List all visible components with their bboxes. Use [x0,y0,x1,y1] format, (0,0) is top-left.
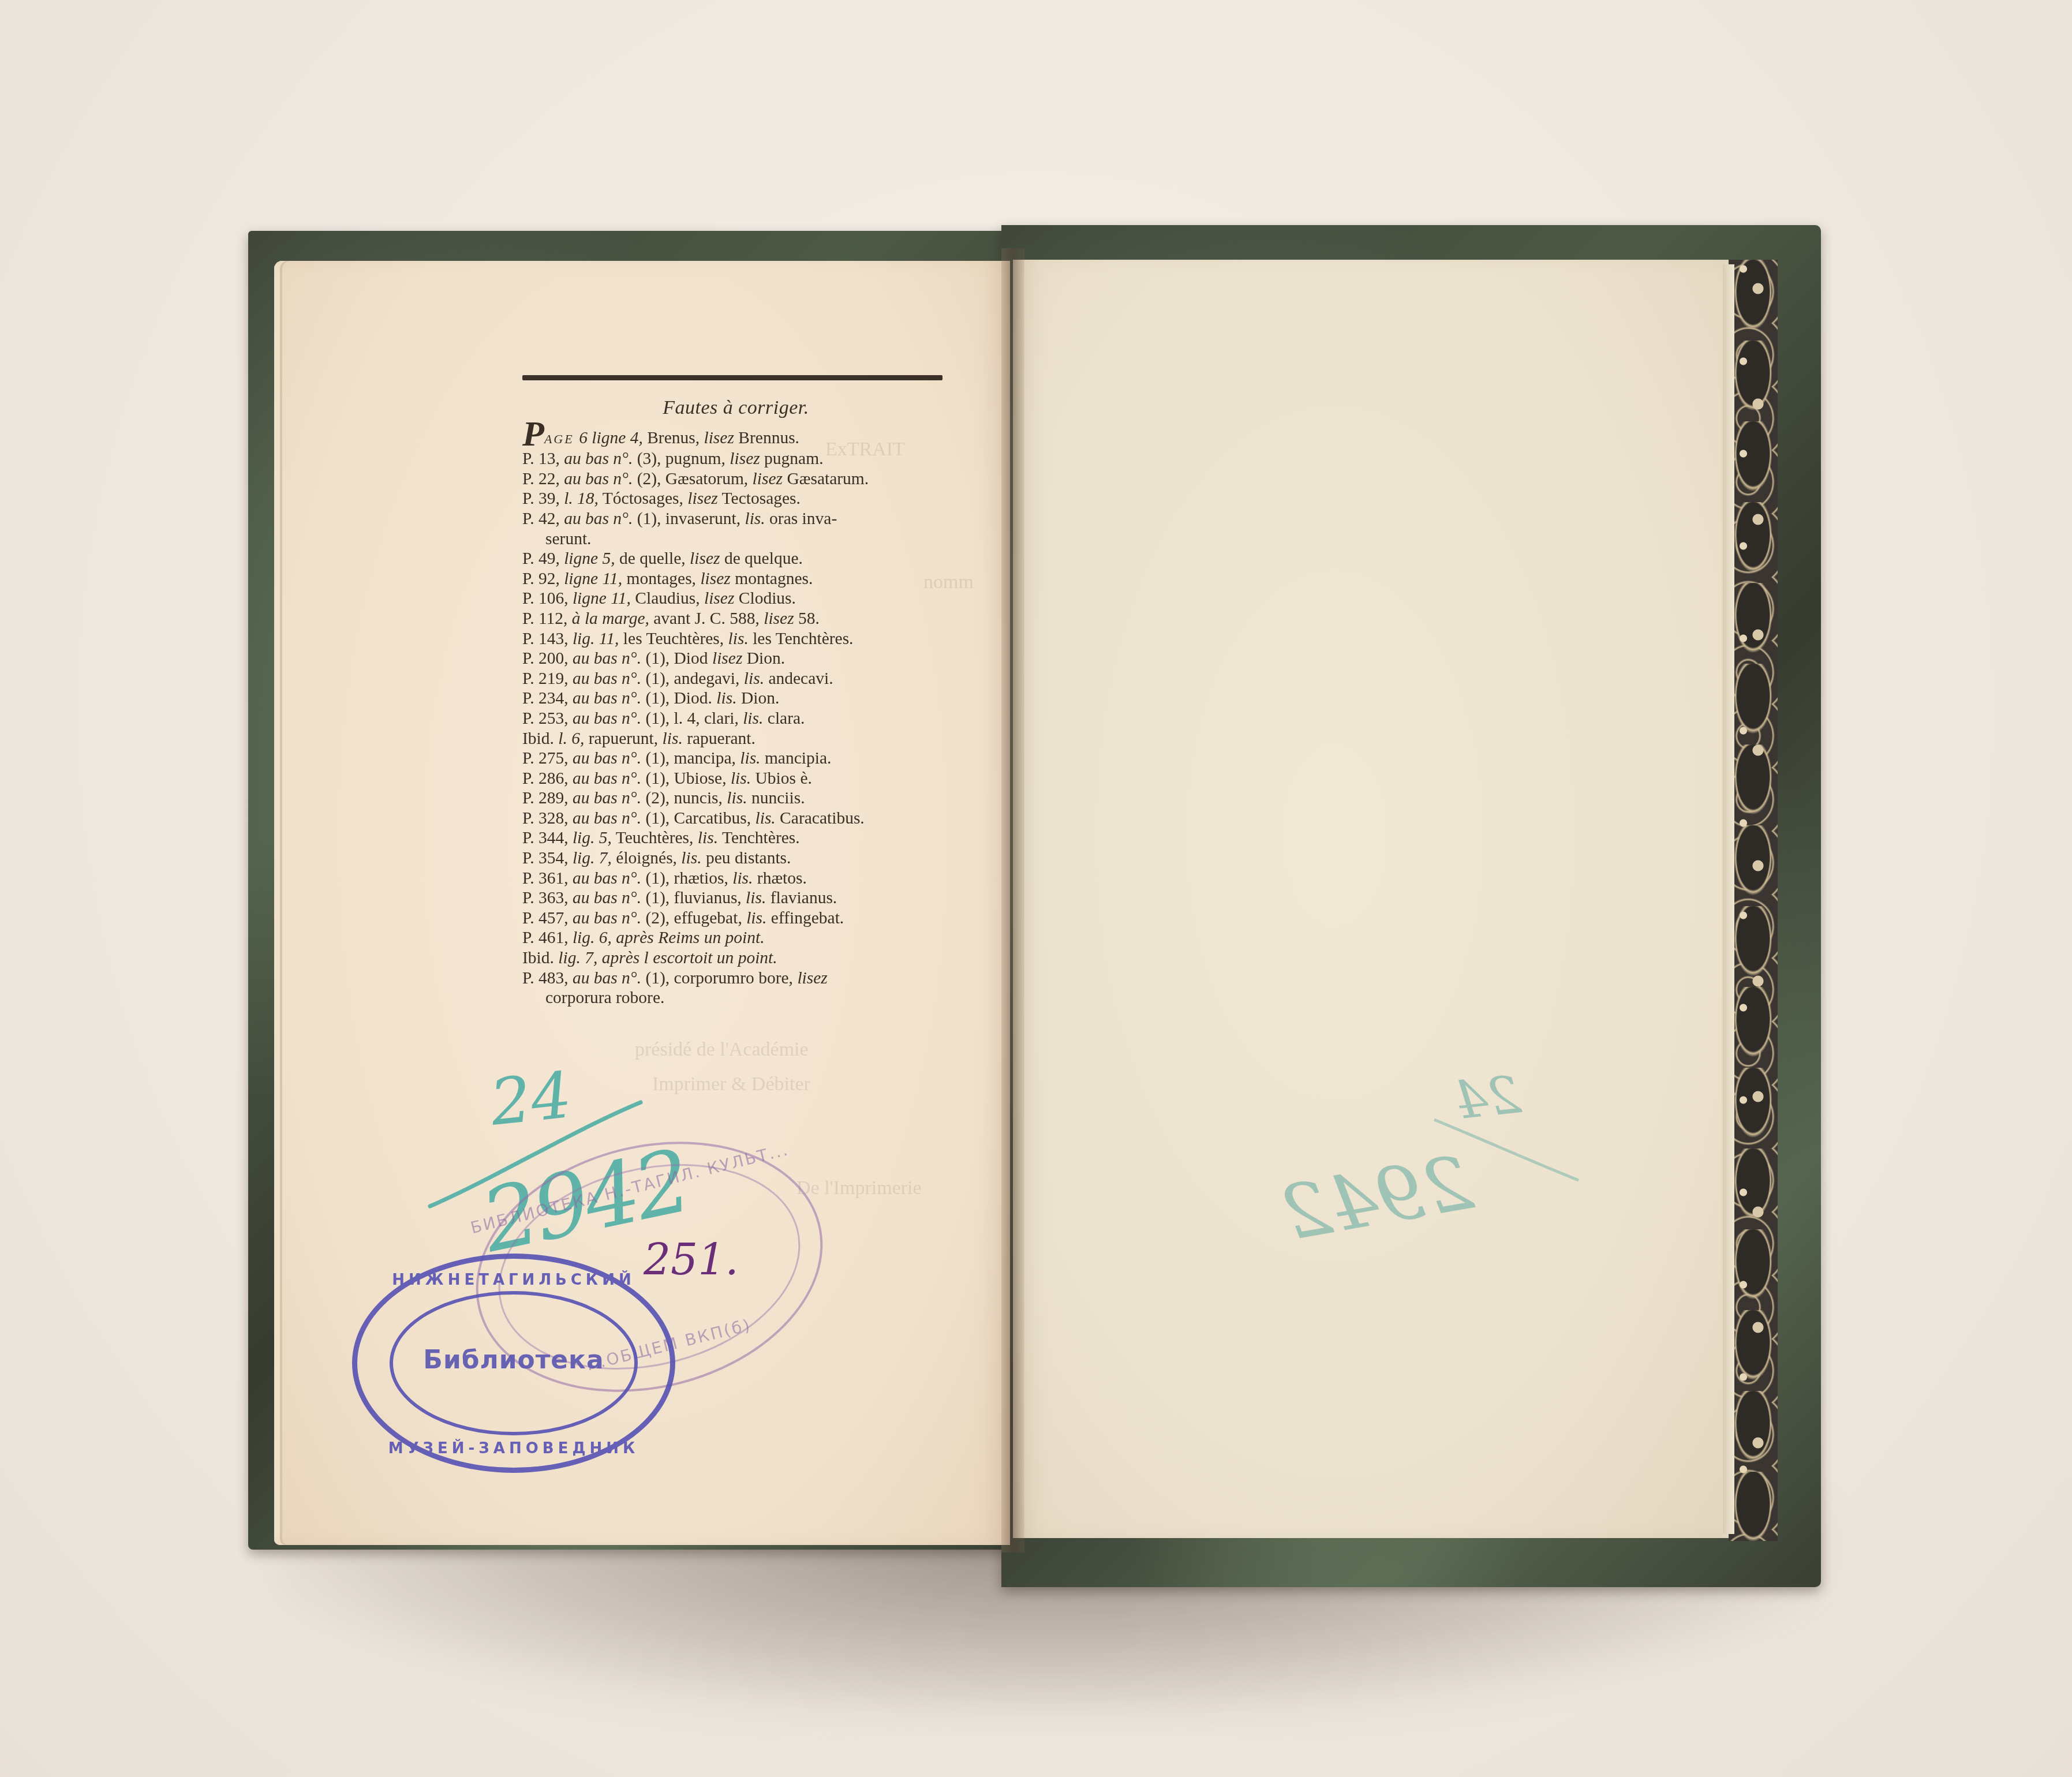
book-gutter [1001,248,1024,1552]
errata-list: PAGE 6 ligne 4, Brenus, lisez Brennus.P.… [522,425,949,1008]
errata-entry: P. 143, lig. 11, les Teuchtères, lis. le… [522,629,949,649]
errata-entry: P. 22, au bas n°. (2), Gæsatorum, lisez … [522,469,949,489]
errata-entry: P. 328, au bas n°. (1), Carcatibus, lis.… [522,809,949,829]
errata-entry: PAGE 6 ligne 4, Brenus, lisez Brennus. [522,425,949,450]
marbled-endpaper-edge [1729,260,1778,1541]
errata-entry: P. 363, au bas n°. (1), fluvianus, lis. … [522,888,949,908]
errata-entry: P. 49, ligne 5, de quelle, lisez de quel… [522,549,949,569]
errata-entry: P. 483, au bas n°. (1), corporumro bore,… [522,968,949,989]
errata-entry: Ibid. lig. 7, après l escortoit un point… [522,948,949,968]
stamp-center-text: Библиотека [357,1345,670,1375]
show-through-text: présidé de l'Académie [635,1039,809,1061]
page-title: Fautes à corriger. [522,398,949,418]
errata-entry: P. 275, au bas n°. (1), mancipa, lis. ma… [522,749,949,769]
errata-entry: P. 286, au bas n°. (1), Ubiose, lis. Ubi… [522,769,949,789]
errata-entry: P. 289, au bas n°. (2), nuncis, lis. nun… [522,788,949,809]
errata-entry: P. 39, l. 18, Tóctosages, lisez Tectosag… [522,489,949,509]
errata-entry: P. 354, lig. 7, éloignés, lis. peu dista… [522,848,949,869]
errata-entry: P. 253, au bas n°. (1), l. 4, clari, lis… [522,709,949,729]
errata-entry: P. 234, au bas n°. (1), Diod. lis. Dion. [522,689,949,709]
drop-cap: P [522,414,544,454]
errata-entry: P. 457, au bas n°. (2), effugebat, lis. … [522,908,949,929]
errata-entry: P. 344, lig. 5, Teuchtères, lis. Tenchtè… [522,828,949,848]
errata-entry: P. 42, au bas n°. (1), invaserunt, lis. … [522,509,949,529]
errata-entry: serunt. [522,529,949,549]
errata-entry: P. 106, ligne 11, Claudius, lisez Clodiu… [522,589,949,609]
errata-entry: P. 461, lig. 6, après Reims un point. [522,928,949,948]
errata-entry: P. 361, au bas n°. (1), rhætios, lis. rh… [522,869,949,889]
errata-entry: P. 200, au bas n°. (1), Diod lisez Dion. [522,649,949,669]
stamp-arc-top: НИЖНЕТАГИЛЬСКИЙ [357,1271,670,1289]
errata-entry: Ibid. l. 6, rapuerunt, lis. rapuerant. [522,729,949,749]
show-through-text: Imprimer & Débiter [652,1073,810,1095]
errata-entry: corporura robore. [522,988,949,1008]
head-rule [522,375,943,380]
blue-museum-stamp: НИЖНЕТАГИЛЬСКИЙ Библиотека МУЗЕЙ-ЗАПОВЕД… [352,1254,675,1473]
errata-entry: P. 219, au bas n°. (1), andegavi, lis. a… [522,669,949,689]
stamp-arc-bottom: МУЗЕЙ-ЗАПОВЕДНИК [357,1440,670,1457]
errata-text-block: Fautes à corriger. PAGE 6 ligne 4, Brenu… [522,398,949,1008]
errata-entry: P. 13, au bas n°. (3), pugnum, lisez pug… [522,449,949,469]
right-page-flyleaf [1013,260,1729,1538]
errata-entry: P. 112, à la marge, avant J. C. 588, lis… [522,609,949,629]
errata-entry: P. 92, ligne 11, montages, lisez montagn… [522,569,949,589]
show-through-text: De l'Imprimerie [796,1177,922,1199]
right-page-edge [1723,264,1734,1534]
